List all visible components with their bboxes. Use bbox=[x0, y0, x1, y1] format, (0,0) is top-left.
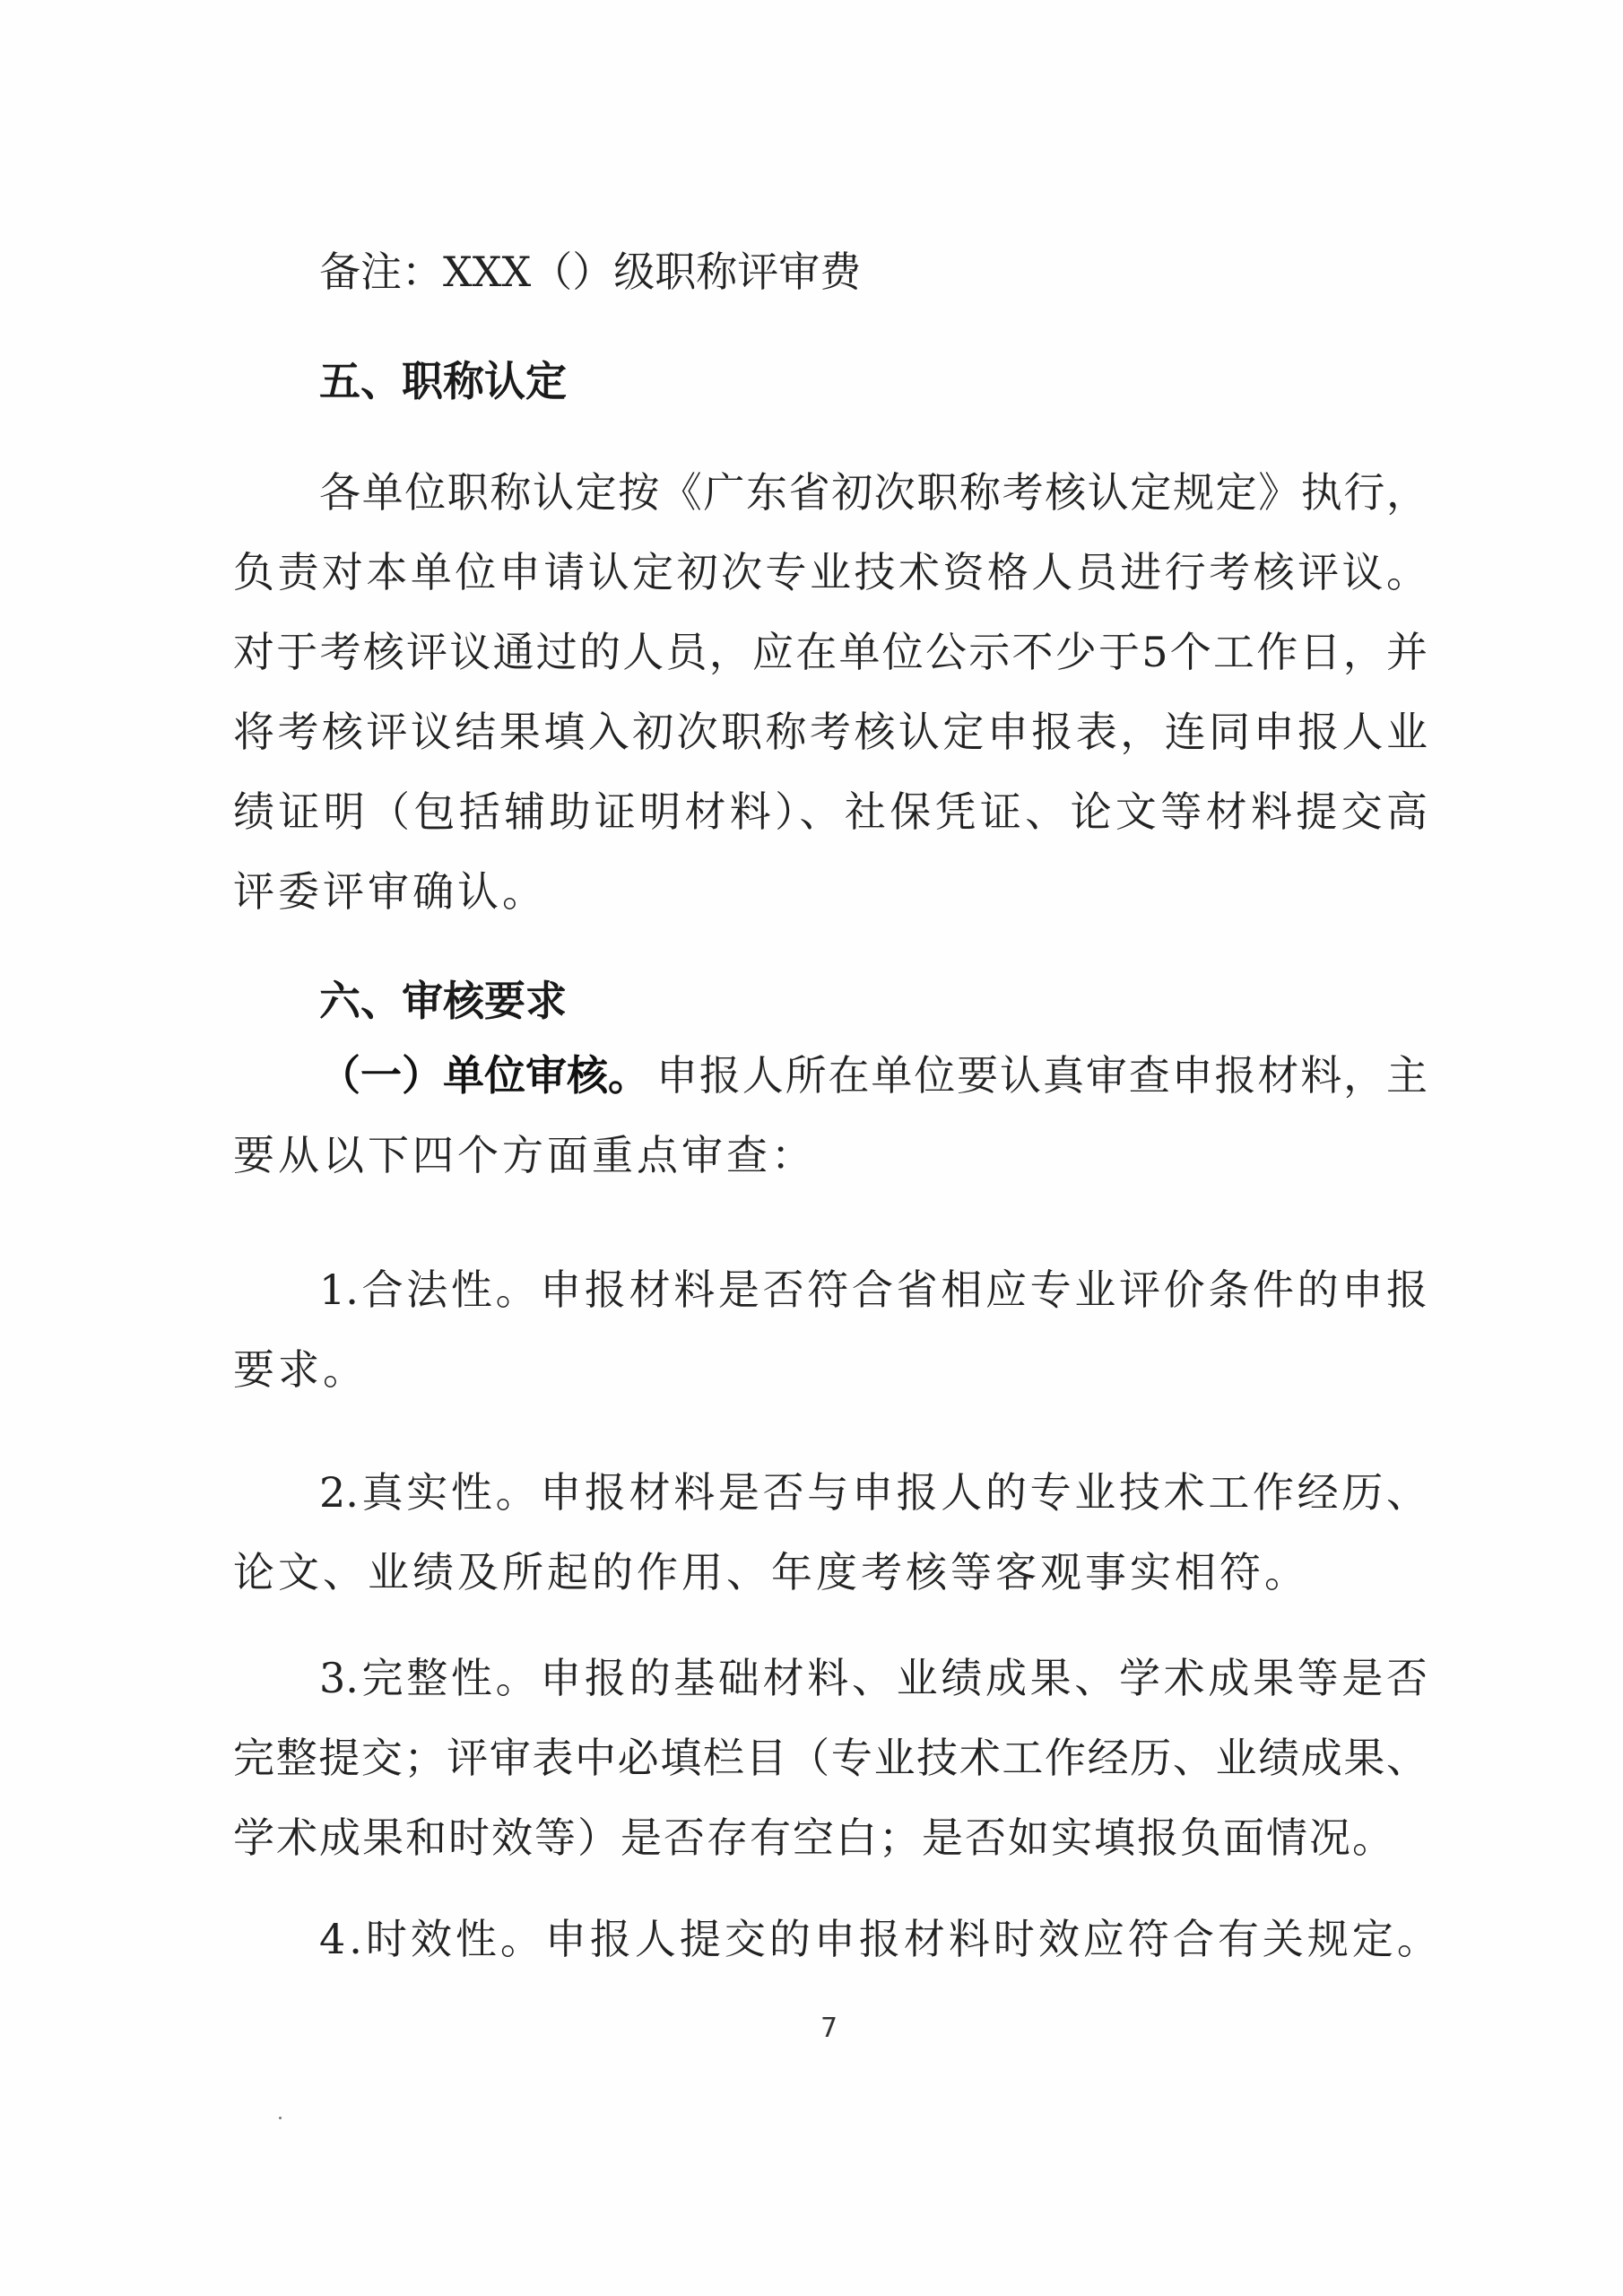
paragraph-line: 各单位职称认定按《广东省初次职称考核认定规定》执行， bbox=[319, 465, 1428, 519]
paragraph-line: 对于考核评议通过的人员，应在单位公示不少于5个工作日，并 bbox=[233, 625, 1428, 679]
paragraph-line: 绩证明（包括辅助证明材料）、社保凭证、论文等材料提交高 bbox=[233, 785, 1428, 839]
scan-speck bbox=[279, 2117, 282, 2119]
section-heading-5: 五、职称认定 bbox=[319, 354, 567, 408]
list-item-line: 学术成果和时效等）是否存有空白；是否如实填报负面情况。 bbox=[233, 1811, 1395, 1865]
paragraph-line: 负责对本单位申请认定初次专业技术资格人员进行考核评议。 bbox=[233, 545, 1428, 599]
list-item-line: 论文、业绩及所起的作用、年度考核等客观事实相符。 bbox=[233, 1545, 1309, 1599]
document-page: 备注：XXX（）级职称评审费 五、职称认定 各单位职称认定按《广东省初次职称考核… bbox=[0, 0, 1623, 2296]
page-number: 7 bbox=[820, 2011, 838, 2047]
list-item-line: 要求。 bbox=[233, 1343, 368, 1396]
list-item-line: 3.完整性。申报的基础材料、业绩成果、学术成果等是否 bbox=[319, 1651, 1428, 1705]
note-line: 备注：XXX（）级职称评审费 bbox=[319, 245, 861, 299]
paragraph-line: 要从以下四个方面重点审查： bbox=[233, 1128, 816, 1182]
list-item-line: 4.时效性。申报人提交的申报材料时效应符合有关规定。 bbox=[319, 1912, 1442, 1966]
section-heading-6: 六、审核要求 bbox=[319, 974, 567, 1028]
subsection-lead: （一）单位审核。 bbox=[319, 1048, 649, 1102]
paragraph-line: 评委评审确认。 bbox=[233, 865, 547, 918]
subsection-text: 申报人所在单位要认真审查申报材料，主 bbox=[656, 1048, 1428, 1102]
list-item-line: 完整提交；评审表中必填栏目（专业技术工作经历、业绩成果、 bbox=[233, 1731, 1428, 1785]
subsection-line: （一）单位审核。 申报人所在单位要认真审查申报材料，主 bbox=[319, 1048, 1428, 1102]
list-item-line: 1.合法性。申报材料是否符合省相应专业评价条件的申报 bbox=[319, 1263, 1428, 1317]
list-item-line: 2.真实性。申报材料是否与申报人的专业技术工作经历、 bbox=[319, 1465, 1428, 1519]
paragraph-line: 将考核评议结果填入初次职称考核认定申报表，连同申报人业 bbox=[233, 705, 1428, 759]
